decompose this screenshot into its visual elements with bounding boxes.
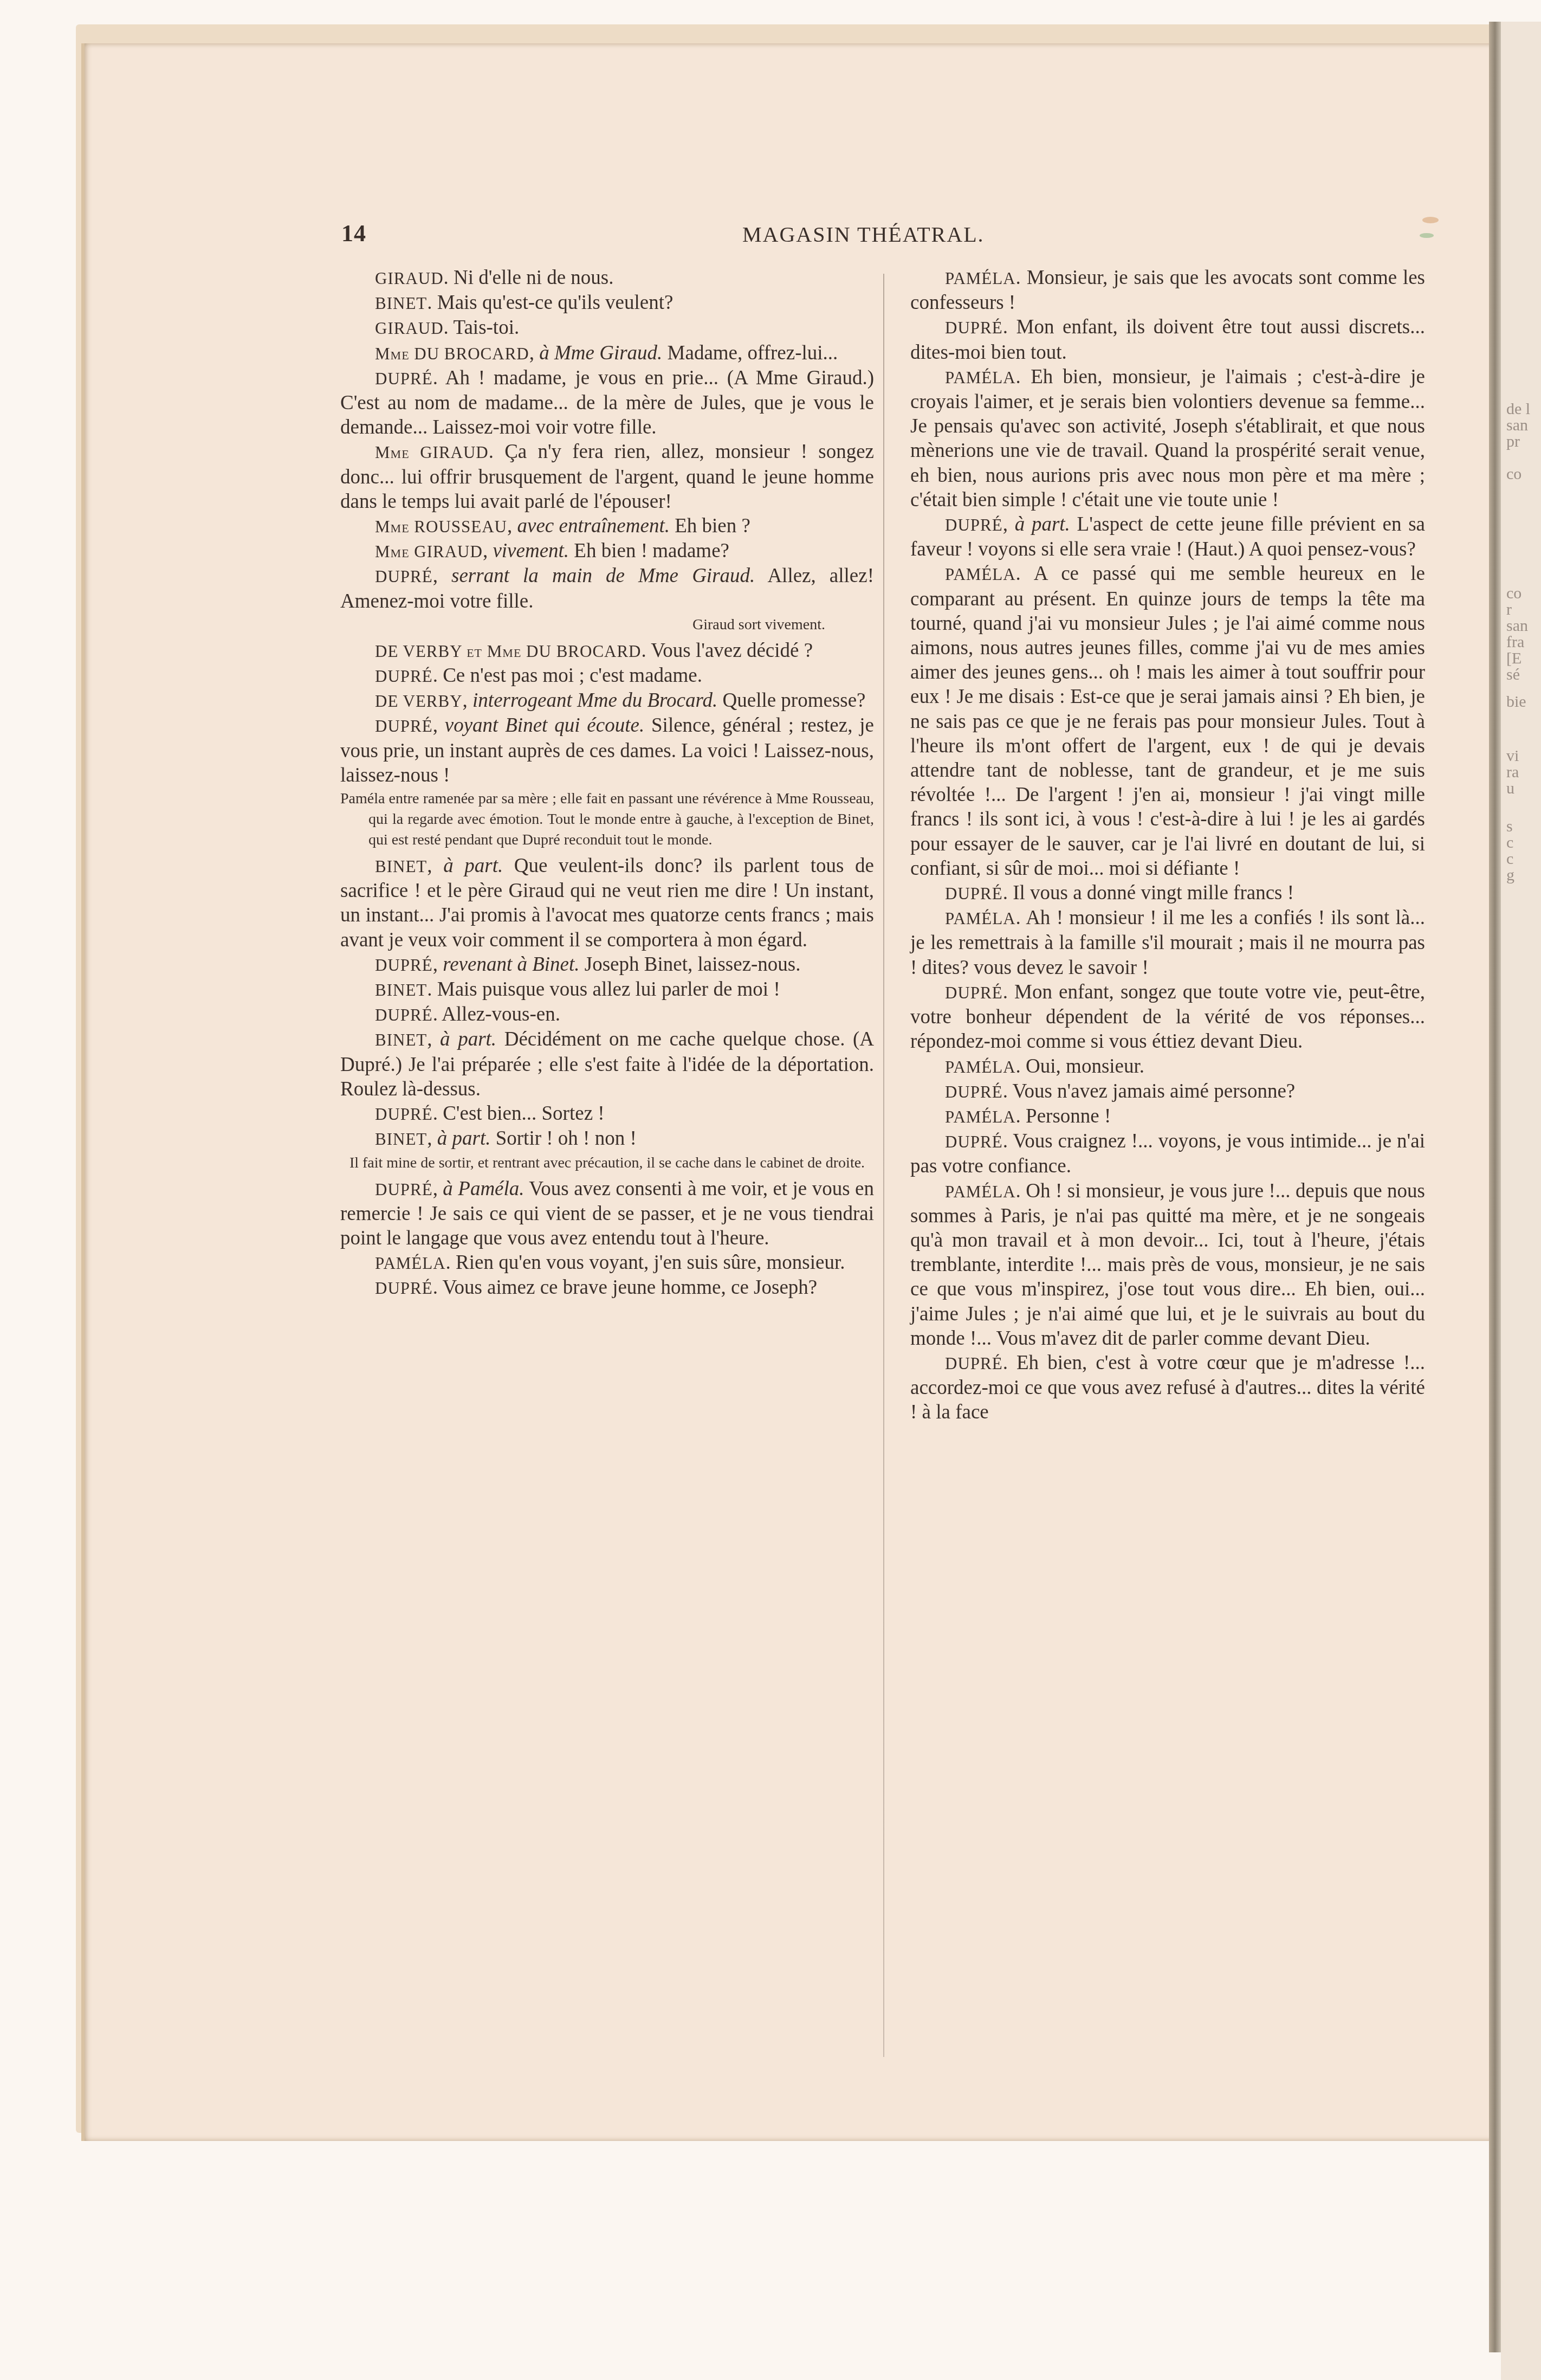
speaker-name: PAMÉLA xyxy=(945,368,1016,387)
speech-paragraph: PAMÉLA. Eh bien, monsieur, je l'aimais ;… xyxy=(910,365,1425,512)
speech-text: Allez-vous-en. xyxy=(442,1003,560,1025)
speech-paragraph: PAMÉLA. Personne ! xyxy=(910,1104,1425,1129)
stage-note: Giraud sort vivement. xyxy=(340,615,874,635)
speaker-name: GIRAUD xyxy=(375,319,444,338)
speech-text: Ni d'elle ni de nous. xyxy=(454,267,613,289)
next-page-fragment: r xyxy=(1506,602,1512,618)
speaker-name: DUPRÉ xyxy=(945,318,1003,337)
speaker-name: DUPRÉ xyxy=(375,1105,433,1124)
speech-text: Ce n'est pas moi ; c'est madame. xyxy=(443,665,702,687)
speech-paragraph: DUPRÉ. C'est bien... Sortez ! xyxy=(340,1101,874,1126)
speech-text: Oui, monsieur. xyxy=(1026,1055,1144,1078)
speech-paragraph: PAMÉLA. A ce passé qui me semble heureux… xyxy=(910,562,1425,881)
speaker-name: DUPRÉ xyxy=(375,1279,433,1298)
left-column: GIRAUD. Ni d'elle ni de nous.BINET. Mais… xyxy=(340,266,874,1301)
speech-paragraph: DUPRÉ. Ce n'est pas moi ; c'est madame. xyxy=(340,663,874,688)
stage-direction: à Paméla. xyxy=(443,1178,524,1200)
speaker-name: DUPRÉ xyxy=(375,369,433,388)
next-page-fragment: co xyxy=(1506,585,1521,602)
speaker-name: DUPRÉ xyxy=(945,884,1003,903)
speech-text: Rien qu'en vous voyant, j'en suis sûre, … xyxy=(456,1252,845,1274)
speaker-name: PAMÉLA xyxy=(375,1254,446,1273)
next-page-fragment: san xyxy=(1506,417,1528,434)
speech-text: C'est bien... Sortez ! xyxy=(443,1102,605,1125)
next-page-fragment: vi xyxy=(1506,748,1519,764)
stage-direction: vivement. xyxy=(493,540,569,562)
speech-paragraph: GIRAUD. Ni d'elle ni de nous. xyxy=(340,266,874,291)
speech-paragraph: DUPRÉ. Vous aimez ce brave jeune homme, … xyxy=(340,1275,874,1300)
speaker-name: DUPRÉ xyxy=(375,717,433,736)
speech-paragraph: DUPRÉ, à Paméla. Vous avez consenti à me… xyxy=(340,1177,874,1251)
speaker-name: Mme DU BROCARD xyxy=(375,344,529,363)
speech-paragraph: DUPRÉ. Mon enfant, songez que toute votr… xyxy=(910,980,1425,1054)
speech-text: Eh bien, monsieur, je l'aimais ; c'est-à… xyxy=(910,366,1425,511)
speech-paragraph: DUPRÉ, serrant la main de Mme Giraud. Al… xyxy=(340,564,874,613)
page-number: 14 xyxy=(341,220,366,247)
speech-text: Mais puisque vous allez lui parler de mo… xyxy=(437,978,780,1001)
speech-text: Personne ! xyxy=(1026,1105,1111,1127)
stage-direction: revenant à Binet. xyxy=(443,953,579,976)
running-title: MAGASIN THÉATRAL. xyxy=(742,222,985,247)
speech-paragraph: Mme GIRAUD. Ça n'y fera rien, allez, mon… xyxy=(340,440,874,514)
speaker-name: BINET xyxy=(375,294,427,313)
stage-direction: à part. xyxy=(1015,513,1070,536)
speaker-name: GIRAUD xyxy=(375,269,444,288)
speech-text: Vous n'avez jamais aimé personne? xyxy=(1012,1080,1295,1102)
next-page-fragment: bie xyxy=(1506,694,1526,710)
speaker-name: DUPRÉ xyxy=(375,1180,433,1199)
stage-direction: à part. xyxy=(443,855,503,877)
next-page-fragment: s xyxy=(1506,818,1513,835)
speech-paragraph: BINET, à part. Sortir ! oh ! non ! xyxy=(340,1126,874,1151)
next-page-fragment: c xyxy=(1506,835,1513,851)
speech-text: Quelle promesse? xyxy=(722,689,865,712)
speaker-name: Mme ROUSSEAU xyxy=(375,517,507,536)
speech-text: Joseph Binet, laissez-nous. xyxy=(585,953,801,976)
speaker-name: DUPRÉ xyxy=(375,956,433,975)
stage-direction: à Mme Giraud. xyxy=(539,342,662,364)
speech-text: Tais-toi. xyxy=(453,317,519,339)
speaker-name: DUPRÉ xyxy=(945,515,1003,534)
speech-paragraph: PAMÉLA. Monsieur, je sais que les avocat… xyxy=(910,266,1425,315)
speech-paragraph: DUPRÉ. Vous n'avez jamais aimé personne? xyxy=(910,1079,1425,1104)
speaker-name: PAMÉLA xyxy=(945,565,1016,584)
speech-paragraph: BINET. Mais qu'est-ce qu'ils veulent? xyxy=(340,291,874,315)
speaker-name: BINET xyxy=(375,857,427,876)
next-page-fragment: [E xyxy=(1506,650,1521,667)
stage-direction: à part. xyxy=(440,1028,496,1050)
speech-text: Il vous a donné vingt mille francs ! xyxy=(1013,882,1294,904)
speech-text: Oh ! si monsieur, je vous jure !... depu… xyxy=(910,1180,1425,1350)
speaker-name: BINET xyxy=(375,1030,427,1049)
next-page-fragment: c xyxy=(1506,851,1513,867)
next-page-fragment: san xyxy=(1506,618,1528,634)
speech-text: Mais qu'est-ce qu'ils veulent? xyxy=(437,292,674,314)
speaker-name: PAMÉLA xyxy=(945,269,1016,288)
speaker-name: DUPRÉ xyxy=(945,983,1003,1002)
speech-paragraph: BINET. Mais puisque vous allez lui parle… xyxy=(340,977,874,1002)
speaker-name: PAMÉLA xyxy=(945,1182,1016,1201)
speech-text: A ce passé qui me semble heureux en le c… xyxy=(910,563,1425,879)
speech-paragraph: Mme GIRAUD, vivement. Eh bien ! madame? xyxy=(340,539,874,564)
speaker-name: DUPRÉ xyxy=(375,567,433,586)
speech-paragraph: DUPRÉ, à part. L'aspect de cette jeune f… xyxy=(910,512,1425,562)
speech-paragraph: DUPRÉ. Il vous a donné vingt mille franc… xyxy=(910,881,1425,906)
speech-paragraph: DUPRÉ. Eh bien, c'est à votre cœur que j… xyxy=(910,1351,1425,1425)
stage-note: Il fait mine de sortir, et rentrant avec… xyxy=(340,1153,874,1173)
stage-direction: voyant Binet qui écoute. xyxy=(445,714,644,737)
next-page-strip: de lsanprcocorsanfra[Esébievirausccg xyxy=(1501,22,1541,2380)
next-page-fragment: g xyxy=(1506,867,1514,883)
stage-direction: avec entraînement. xyxy=(517,515,670,537)
speaker-name: DE VERBY xyxy=(375,692,463,711)
speech-paragraph: DUPRÉ, revenant à Binet. Joseph Binet, l… xyxy=(340,952,874,977)
speech-paragraph: DE VERBY et Mme DU BROCARD. Vous l'avez … xyxy=(340,638,874,663)
speech-paragraph: BINET, à part. Décidément on me cache qu… xyxy=(340,1027,874,1101)
speaker-name: DUPRÉ xyxy=(945,1132,1003,1151)
next-page-fragment: pr xyxy=(1506,434,1520,450)
speech-text: Vous l'avez décidé ? xyxy=(651,640,813,662)
speech-text: Eh bien ! madame? xyxy=(574,540,729,562)
speech-paragraph: GIRAUD. Tais-toi. xyxy=(340,315,874,340)
speaker-name: DUPRÉ xyxy=(945,1354,1003,1373)
next-page-fragment: co xyxy=(1506,466,1521,482)
speaker-name: PAMÉLA xyxy=(945,1057,1016,1076)
speech-paragraph: DUPRÉ. Allez-vous-en. xyxy=(340,1002,874,1027)
speech-text: Madame, offrez-lui... xyxy=(668,342,838,364)
speech-text: Vous aimez ce brave jeune homme, ce Jose… xyxy=(442,1276,817,1299)
speech-paragraph: DUPRÉ, voyant Binet qui écoute. Silence,… xyxy=(340,713,874,788)
speaker-name: DUPRÉ xyxy=(375,1005,433,1024)
speaker-name: PAMÉLA xyxy=(945,1107,1016,1126)
stage-direction: interrogeant Mme du Brocard. xyxy=(472,689,717,712)
speaker-name: BINET xyxy=(375,981,427,999)
speech-paragraph: DE VERBY, interrogeant Mme du Brocard. Q… xyxy=(340,688,874,713)
next-page-fragment: fra xyxy=(1506,634,1524,650)
speech-paragraph: PAMÉLA. Rien qu'en vous voyant, j'en sui… xyxy=(340,1250,874,1275)
speech-paragraph: DUPRÉ. Mon enfant, ils doivent être tout… xyxy=(910,315,1425,364)
next-page-fragment: sé xyxy=(1506,667,1520,683)
speech-paragraph: BINET, à part. Que veulent-ils donc? ils… xyxy=(340,854,874,952)
speech-paragraph: PAMÉLA. Ah ! monsieur ! il me les a conf… xyxy=(910,906,1425,980)
book-gutter xyxy=(1489,22,1501,2352)
speaker-name: DUPRÉ xyxy=(375,667,433,686)
speaker-name: DUPRÉ xyxy=(945,1082,1003,1101)
right-column: PAMÉLA. Monsieur, je sais que les avocat… xyxy=(910,266,1425,1425)
speech-paragraph: PAMÉLA. Oh ! si monsieur, je vous jure !… xyxy=(910,1179,1425,1351)
next-page-fragment: u xyxy=(1506,781,1514,797)
next-page-fragment: de l xyxy=(1506,401,1530,417)
speech-paragraph: DUPRÉ. Vous craignez !... voyons, je vou… xyxy=(910,1129,1425,1178)
stage-direction: à part. xyxy=(437,1127,491,1150)
speaker-name: PAMÉLA xyxy=(945,909,1016,928)
speech-paragraph: DUPRÉ. Ah ! madame, je vous en prie... (… xyxy=(340,366,874,440)
speech-text: Eh bien ? xyxy=(675,515,750,537)
column-divider xyxy=(883,274,884,2057)
speech-paragraph: PAMÉLA. Oui, monsieur. xyxy=(910,1054,1425,1079)
running-header: 14 MAGASIN THÉATRAL. xyxy=(341,220,1425,252)
speech-text: Sortir ! oh ! non ! xyxy=(496,1127,637,1150)
speech-paragraph: Mme DU BROCARD, à Mme Giraud. Madame, of… xyxy=(340,341,874,366)
stage-direction: serrant la main de Mme Giraud. xyxy=(451,565,755,587)
next-page-fragment: ra xyxy=(1506,764,1519,781)
stage-note: Paméla entre ramenée par sa mère ; elle … xyxy=(340,789,874,850)
speaker-name: Mme GIRAUD xyxy=(375,443,489,462)
speaker-name: Mme GIRAUD xyxy=(375,542,483,561)
speaker-name: DE VERBY et Mme DU BROCARD xyxy=(375,642,642,661)
speech-paragraph: Mme ROUSSEAU, avec entraînement. Eh bien… xyxy=(340,514,874,539)
speaker-name: BINET xyxy=(375,1130,427,1149)
